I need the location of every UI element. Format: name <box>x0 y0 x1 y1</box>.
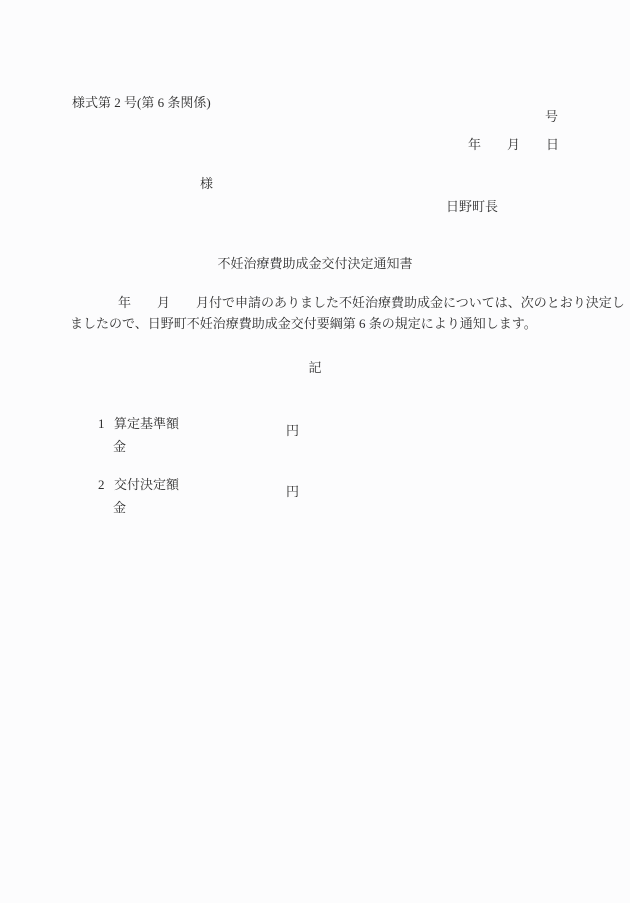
item-1-currency-unit: 円 <box>286 420 299 439</box>
document-page: 様式第 2 号(第 6 条関係) 号 年 月 日 様 日野町長 不妊治療費助成金… <box>0 0 630 903</box>
sender-title: 日野町長 <box>446 199 498 214</box>
date-blank-line: 年 月 日 <box>468 137 559 152</box>
item-2-currency-unit: 円 <box>286 481 299 500</box>
document-title: 不妊治療費助成金交付決定通知書 <box>0 256 630 271</box>
item-1-currency-prefix: 金 <box>113 439 126 454</box>
addressee-honorific: 様 <box>200 176 213 191</box>
item-2-currency-prefix: 金 <box>113 500 126 515</box>
doc-number-line: 号 <box>545 109 558 124</box>
item-2-amount-line: 金 円 <box>100 481 126 548</box>
body-paragraph-line-1: 年 月 月付で申請のありました不妊治療費助成金については、次のとおり決定し <box>70 295 625 310</box>
form-number: 様式第 2 号(第 6 条関係) <box>72 95 211 110</box>
section-marker: 記 <box>0 360 630 375</box>
body-paragraph-line-2: ましたので、日野町不妊治療費助成金交付要綱第 6 条の規定により通知します。 <box>70 316 537 331</box>
